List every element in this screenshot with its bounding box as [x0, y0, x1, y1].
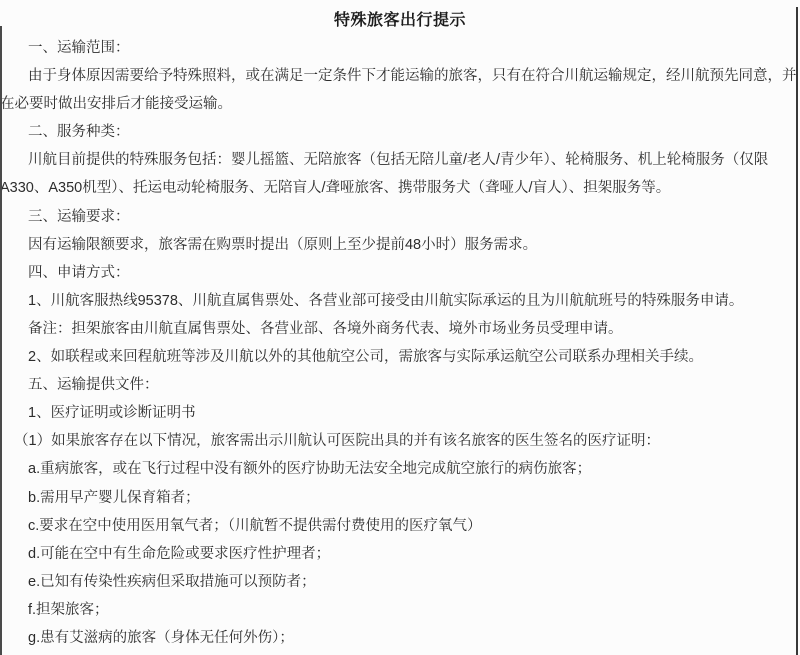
- text-line: b.需用早产婴儿保育箱者；: [0, 484, 800, 512]
- document-page: 特殊旅客出行提示 一、运输范围：由于身体原因需要给予特殊照料，或在满足一定条件下…: [0, 0, 800, 655]
- text-line: 一、运输范围：: [0, 34, 800, 62]
- text-line: g.患有艾滋病的旅客（身体无任何外伤）；: [0, 624, 800, 652]
- text-line: 五、运输提供文件：: [0, 371, 800, 399]
- page-left-edge-line: [0, 26, 2, 655]
- text-line: 1、医疗证明或诊断证明书: [0, 399, 800, 427]
- text-line: f.担架旅客；: [0, 596, 800, 624]
- text-line: 三、运输要求：: [0, 203, 800, 231]
- page-right-edge-line: [796, 7, 798, 655]
- text-line: 二、服务种类：: [0, 118, 800, 146]
- text-line: e.已知有传染性疾病但采取措施可以预防者；: [0, 568, 800, 596]
- text-line: 2、如联程或来回程航班等涉及川航以外的其他航空公司，需旅客与实际承运航空公司联系…: [0, 343, 800, 371]
- text-line: 1、川航客服热线95378、川航直属售票处、各营业部可接受由川航实际承运的且为川…: [0, 287, 800, 315]
- text-line: 四、申请方式：: [0, 259, 800, 287]
- text-line: 由于身体原因需要给予特殊照料，或在满足一定条件下才能运输的旅客，只有在符合川航运…: [0, 62, 800, 90]
- text-line: A330、A350机型）、托运电动轮椅服务、无陪盲人/聋哑旅客、携带服务犬（聋哑…: [0, 174, 800, 202]
- text-line: 在必要时做出安排后才能接受运输。: [0, 90, 800, 118]
- document-title: 特殊旅客出行提示: [0, 0, 800, 34]
- document-body: 一、运输范围：由于身体原因需要给予特殊照料，或在满足一定条件下才能运输的旅客，只…: [0, 34, 800, 652]
- text-line: c.要求在空中使用医用氧气者；（川航暂不提供需付费使用的医疗氧气）: [0, 512, 800, 540]
- text-line: d.可能在空中有生命危险或要求医疗性护理者；: [0, 540, 800, 568]
- text-line: 因有运输限额要求，旅客需在购票时提出（原则上至少提前48小时）服务需求。: [0, 231, 800, 259]
- text-line: （1）如果旅客存在以下情况，旅客需出示川航认可医院出具的并有该名旅客的医生签名的…: [0, 427, 800, 455]
- text-line: a.重病旅客，或在飞行过程中没有额外的医疗协助无法安全地完成航空旅行的病伤旅客；: [0, 455, 800, 483]
- text-line: 川航目前提供的特殊服务包括：婴儿摇篮、无陪旅客（包括无陪儿童/老人/青少年）、轮…: [0, 146, 800, 174]
- text-line: 备注：担架旅客由川航直属售票处、各营业部、各境外商务代表、境外市场业务员受理申请…: [0, 315, 800, 343]
